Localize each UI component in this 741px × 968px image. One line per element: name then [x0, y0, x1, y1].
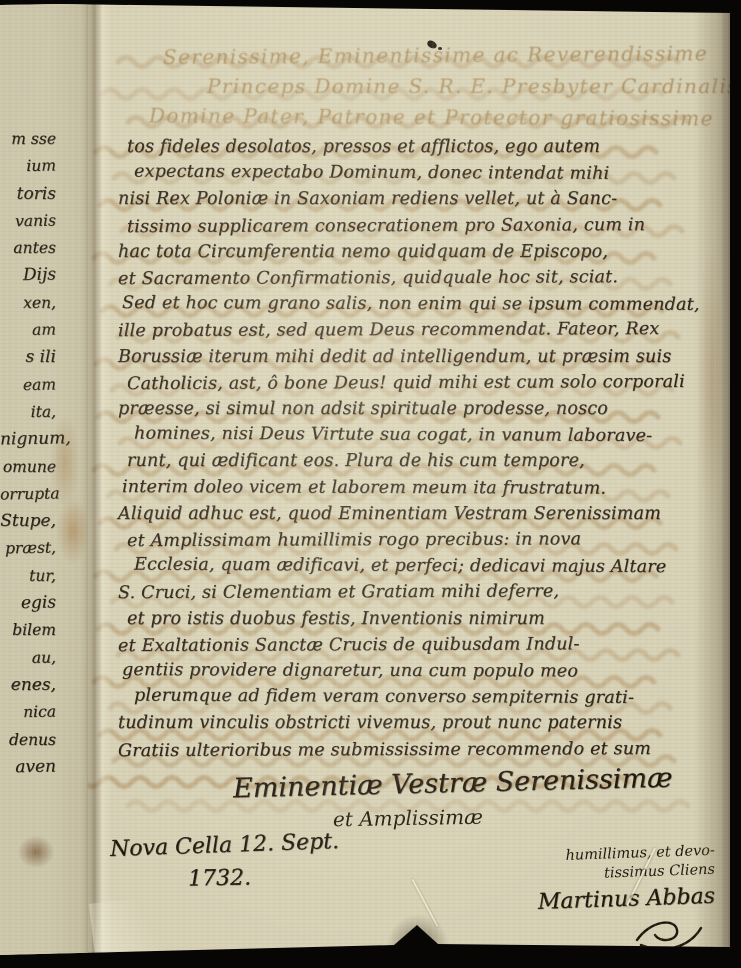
margin-fragment: omune	[0, 454, 56, 481]
body-line: interim doleo vicem et laborem meum ita …	[122, 474, 718, 502]
signature-name: Martinus Abbas	[470, 884, 716, 918]
signature-block: humillimus, et devo- tissimus Cliens Mar…	[470, 846, 715, 913]
body-line: plerumque ad fidem veram converso sempit…	[134, 683, 718, 712]
bottom-fold-highlight	[89, 892, 190, 961]
paper-crack	[411, 879, 438, 928]
margin-fragment: Stupe,	[0, 508, 56, 535]
salutation-line: Princeps Domine S. R. E. Presbyter Cardi…	[207, 71, 741, 102]
body-line: tos fideles desolatos, pressos et afflic…	[127, 134, 718, 160]
paper-tear	[386, 914, 450, 948]
margin-fragment: ita,	[0, 399, 56, 426]
salutation-block: Serenissime, Eminentissime ac Reverendis…	[145, 40, 741, 133]
margin-fragment: m sse	[0, 126, 56, 153]
margin-fragment: nignum,	[0, 426, 56, 454]
margin-fragment: denus	[0, 727, 56, 754]
body-line: Ecclesia, quam ædificavi, et perfeci; de…	[134, 552, 718, 581]
margin-fragment: xen,	[0, 290, 56, 317]
body-line: nisi Rex Poloniæ in Saxoniam rediens vel…	[118, 186, 718, 212]
margin-fragment: Dijs	[0, 262, 56, 290]
margin-fragment: enes,	[0, 672, 56, 699]
margin-fragment: præst,	[0, 535, 56, 563]
body-line: tudinum vinculis obstricti vivemus, prou…	[118, 710, 718, 736]
body-line: et pro istis duobus festis, Inventionis …	[127, 606, 718, 632]
adjacent-page-fragments: m sse ium toris vanis antes Dijs xen, am…	[0, 126, 56, 781]
manuscript-page: m sse ium toris vanis antes Dijs xen, am…	[0, 0, 741, 968]
margin-fragment: egis	[0, 590, 56, 618]
body-line: Sed et hoc cum grano salis, non enim qui…	[122, 290, 718, 318]
body-line: hac tota Circumferentia nemo quidquam de…	[118, 239, 718, 265]
margin-fragment: tur,	[0, 563, 56, 590]
margin-fragment: antes	[0, 235, 56, 262]
margin-fragment: nica	[0, 699, 56, 727]
body-line: Aliquid adhuc est, quod Eminentiam Vestr…	[118, 501, 718, 527]
body-line: et Sacramento Confirmationis, quidquale …	[118, 264, 718, 293]
body-line: et Exaltationis Sanctæ Crucis de quibusd…	[118, 631, 718, 660]
manuscript-scan: m sse ium toris vanis antes Dijs xen, am…	[0, 0, 741, 968]
body-line: Borussiæ iterum mihi dedit ad intelligen…	[118, 344, 718, 370]
valediction-primary: Eminentiæ Vestræ Serenissimæ	[233, 763, 673, 805]
margin-fragment: vanis	[0, 207, 56, 235]
body-line: Gratiis ulterioribus me submississime re…	[118, 736, 718, 765]
margin-fragment: aven	[0, 753, 56, 781]
body-line: tissimo supplicarem consecrationem pro S…	[127, 211, 718, 239]
margin-fragment: am	[0, 317, 56, 345]
body-line: S. Cruci, si Clementiam et Gratiam mihi …	[118, 578, 718, 607]
salutation-line: Serenissime, Eminentissime ac Reverendis…	[163, 38, 741, 73]
margin-fragment: orrupta	[0, 480, 56, 508]
body-line: gentiis providere dignaretur, una cum po…	[122, 657, 718, 685]
letter-body: tos fideles desolatos, pressos et afflic…	[118, 134, 718, 763]
signature-flourish-icon	[631, 918, 705, 950]
dateline-year: 1732.	[188, 865, 251, 891]
body-line: runt, qui ædificant eos. Plura de his cu…	[127, 448, 718, 474]
margin-fragment: eam	[0, 371, 56, 399]
body-line: homines, nisi Deus Virtute sua cogat, in…	[134, 421, 718, 450]
valediction-secondary: et Amplissimæ	[333, 805, 483, 832]
margin-fragment: ium	[0, 153, 56, 181]
margin-fragment: au,	[0, 644, 56, 672]
margin-fragment: bilem	[0, 617, 56, 644]
margin-fragment: toris	[0, 181, 56, 208]
dateline-place: Nova Cella 12. Sept.	[110, 829, 340, 862]
body-line: et Amplissimam humillimis rogo precibus:…	[127, 526, 718, 554]
salutation-line: Domine Pater, Patrone et Protector grati…	[149, 100, 741, 134]
body-line: præesse, si simul non adsit spirituale p…	[118, 396, 718, 422]
body-line: expectans expectabo Dominum, donec inten…	[134, 159, 718, 188]
body-line: Catholicis, ast, ô bone Deus! quid mihi …	[127, 369, 718, 397]
margin-fragment: s ili	[0, 344, 56, 371]
body-line: ille probatus est, sed quem Deus recomme…	[118, 316, 718, 345]
